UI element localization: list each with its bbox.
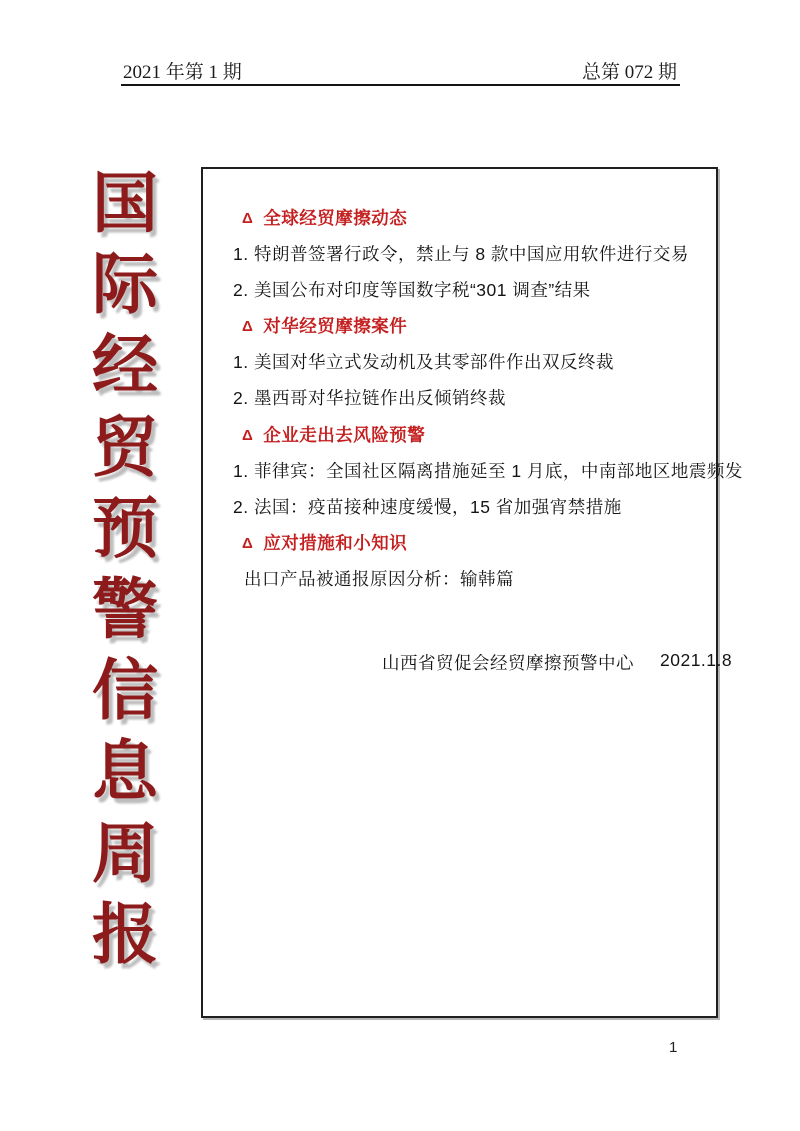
toc-row-text: 企业走出去风险预警 bbox=[263, 425, 425, 445]
toc-row-text: 2. 法国：疫苗接种速度缓慢，15 省加强宵禁措施 bbox=[233, 497, 622, 517]
masthead-title-char: 际 bbox=[82, 245, 168, 326]
masthead-title-char: 信 bbox=[82, 651, 168, 732]
masthead-vertical-title: 国 际 经 贸 预 警 信 息 周 报 bbox=[82, 164, 168, 976]
toc-row: Δ应对措施和小知识 bbox=[233, 532, 708, 568]
issuing-organization: 山西省贸促会经贸摩擦预警中心 bbox=[382, 650, 634, 675]
masthead-title-char: 贸 bbox=[82, 408, 168, 489]
section-triangle-icon: Δ bbox=[242, 316, 253, 338]
section-triangle-icon: Δ bbox=[242, 425, 253, 447]
section-triangle-icon: Δ bbox=[242, 533, 253, 555]
toc-row-text: 全球经贸摩擦动态 bbox=[263, 208, 407, 228]
toc-row-text: 应对措施和小知识 bbox=[263, 533, 407, 553]
toc-row: 2. 美国公布对印度等国数字税“301 调查”结果 bbox=[233, 279, 708, 315]
toc-row: 1. 特朗普签署行政令，禁止与 8 款中国应用软件进行交易 bbox=[233, 243, 708, 279]
toc-row-text: 1. 特朗普签署行政令，禁止与 8 款中国应用软件进行交易 bbox=[233, 244, 689, 264]
issue-number: 2021 年第 1 期 bbox=[123, 57, 242, 84]
cumulative-issue-number: 总第 072 期 bbox=[582, 57, 677, 84]
masthead-title-char: 经 bbox=[82, 326, 168, 407]
issue-date: 2021.1.8 bbox=[660, 650, 732, 675]
toc-row: Δ对华经贸摩擦案件 bbox=[233, 315, 708, 351]
masthead-title-char: 周 bbox=[82, 814, 168, 895]
masthead-title-char: 国 bbox=[82, 164, 168, 245]
contents-box: Δ全球经贸摩擦动态 1. 特朗普签署行政令，禁止与 8 款中国应用软件进行交易 … bbox=[201, 167, 718, 1018]
toc-list: Δ全球经贸摩擦动态 1. 特朗普签署行政令，禁止与 8 款中国应用软件进行交易 … bbox=[233, 207, 708, 604]
masthead-title-char: 息 bbox=[82, 732, 168, 813]
toc-row: 1. 菲律宾：全国社区隔离措施延至 1 月底，中南部地区地震频发 bbox=[233, 460, 708, 496]
masthead-title-char: 警 bbox=[82, 570, 168, 651]
masthead-title-char: 预 bbox=[82, 489, 168, 570]
toc-row: Δ全球经贸摩擦动态 bbox=[233, 207, 708, 243]
toc-row-text: 出口产品被通报原因分析：输韩篇 bbox=[244, 569, 514, 589]
toc-row: 2. 法国：疫苗接种速度缓慢，15 省加强宵禁措施 bbox=[233, 496, 708, 532]
document-page: 2021 年第 1 期 总第 072 期 国 际 经 贸 预 警 信 息 周 报 bbox=[0, 0, 800, 1131]
masthead-title-char: 报 bbox=[82, 895, 168, 976]
section-triangle-icon: Δ bbox=[242, 208, 253, 230]
toc-row-text: 1. 菲律宾：全国社区隔离措施延至 1 月底，中南部地区地震频发 bbox=[233, 461, 743, 481]
toc-row: 出口产品被通报原因分析：输韩篇 bbox=[233, 568, 708, 604]
toc-row: Δ企业走出去风险预警 bbox=[233, 424, 708, 460]
toc-row-text: 2. 墨西哥对华拉链作出反倾销终裁 bbox=[233, 388, 506, 408]
header-rule bbox=[121, 84, 680, 86]
toc-row-text: 2. 美国公布对印度等国数字税“301 调查”结果 bbox=[233, 280, 591, 300]
signature-line: 山西省贸促会经贸摩擦预警中心 2021.1.8 bbox=[382, 650, 732, 675]
toc-row-text: 1. 美国对华立式发动机及其零部件作出双反终裁 bbox=[233, 352, 614, 372]
page-number: 1 bbox=[669, 1039, 677, 1056]
toc-row-text: 对华经贸摩擦案件 bbox=[263, 316, 407, 336]
toc-row: 2. 墨西哥对华拉链作出反倾销终裁 bbox=[233, 387, 708, 423]
toc-row: 1. 美国对华立式发动机及其零部件作出双反终裁 bbox=[233, 351, 708, 387]
